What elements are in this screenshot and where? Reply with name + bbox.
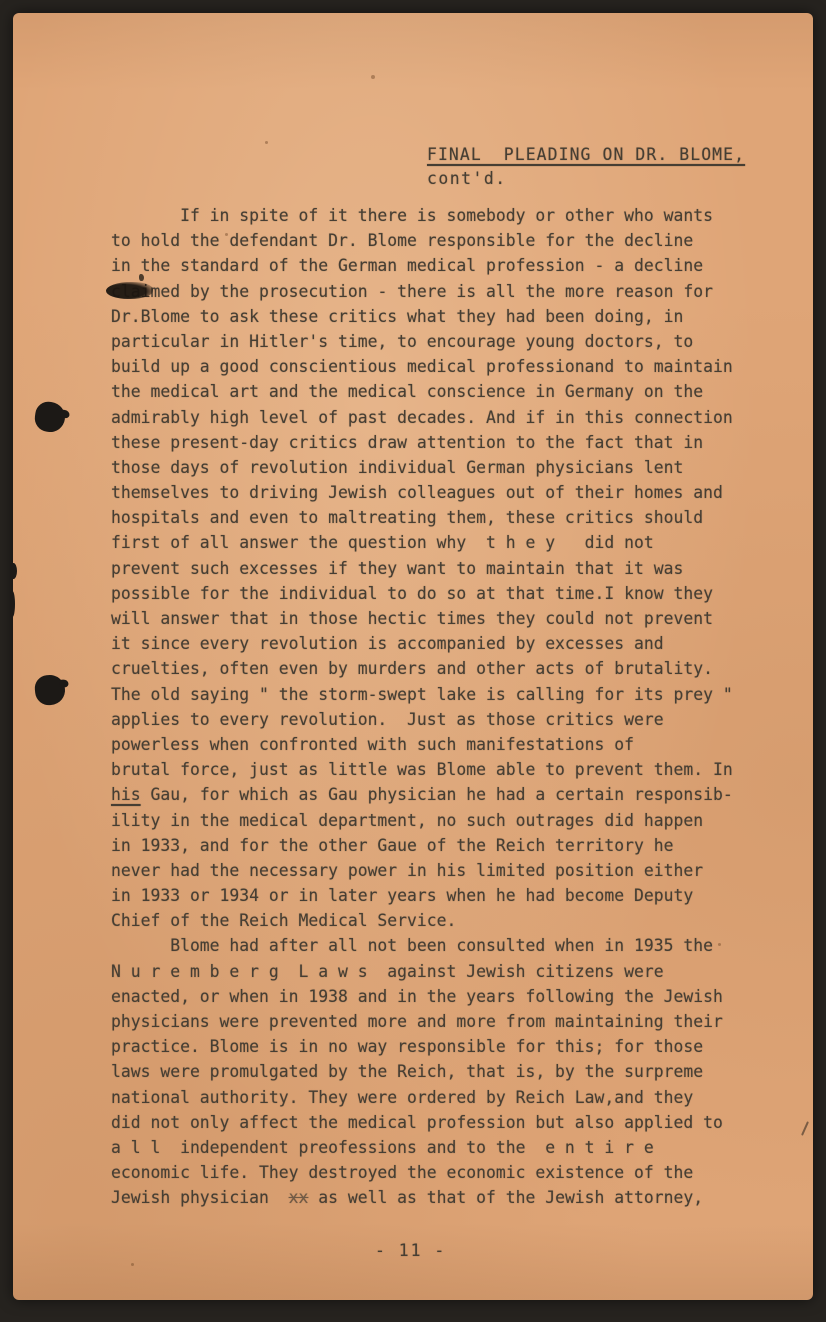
text-line: admirably high level of past decades. An… — [111, 405, 791, 430]
scan-background: { "header": { "title": "FINAL PLEADING O… — [0, 0, 826, 1322]
text-line: a l l independent preofessions and to th… — [111, 1135, 791, 1160]
text-line: If in spite of it there is somebody or o… — [111, 203, 791, 228]
text-line: enacted, or when in 1938 and in the year… — [111, 984, 791, 1009]
paper-speck — [131, 1263, 134, 1266]
page-number: - 11 - — [375, 1241, 446, 1260]
text-line: in 1933, and for the other Gaue of the R… — [111, 833, 791, 858]
text-line: N u r e m b e r g L a w s against Jewish… — [111, 959, 791, 984]
text-line: the medical art and the medical conscien… — [111, 379, 791, 404]
paper-speck — [371, 75, 375, 79]
text-line: first of all answer the question why t h… — [111, 530, 791, 555]
text-line: physicians were prevented more and more … — [111, 1009, 791, 1034]
text-line: hospitals and even to maltreating them, … — [111, 505, 791, 530]
document-body: If in spite of it there is somebody or o… — [111, 203, 791, 1211]
text-line: economic life. They destroyed the econom… — [111, 1160, 791, 1185]
scan-artifact-scratch — [801, 1121, 809, 1136]
struck-out-text: xx — [289, 1188, 309, 1207]
hole-punch-bottom — [34, 674, 67, 707]
text-line: did not only affect the medical professi… — [111, 1110, 791, 1135]
text-line: to hold the defendant Dr. Blome responsi… — [111, 228, 791, 253]
text-line: particular in Hitler's time, to encourag… — [111, 329, 791, 354]
text-line: it since every revolution is accompanied… — [111, 631, 791, 656]
text-line: prevent such excesses if they want to ma… — [111, 556, 791, 581]
text-line: brutal force, just as little was Blome a… — [111, 757, 791, 782]
text-line: his Gau, for which as Gau physician he h… — [111, 782, 791, 807]
document-title-contd: cont'd. — [427, 167, 745, 191]
text-line: ility in the medical department, no such… — [111, 808, 791, 833]
smudged-word: clai — [111, 282, 150, 301]
hole-punch-top — [33, 400, 67, 434]
underlined-word: his — [111, 785, 141, 804]
scan-artifact-edge-nick — [10, 563, 17, 579]
document-title: FINAL PLEADING ON DR. BLOME, — [427, 143, 745, 167]
text-line: Dr.Blome to ask these critics what they … — [111, 304, 791, 329]
text-line: will answer that in those hectic times t… — [111, 606, 791, 631]
text-line: these present-day critics draw attention… — [111, 430, 791, 455]
text-line: Blome had after all not been consulted w… — [111, 933, 791, 958]
text-line: applies to every revolution. Just as tho… — [111, 707, 791, 732]
text-line: practice. Blome is in no way responsible… — [111, 1034, 791, 1059]
document-header: FINAL PLEADING ON DR. BLOME, cont'd. — [427, 143, 745, 191]
text-line: themselves to driving Jewish colleagues … — [111, 480, 791, 505]
document-page: FINAL PLEADING ON DR. BLOME, cont'd. If … — [13, 13, 813, 1300]
scan-artifact-edge-nick — [10, 591, 15, 617]
text-line: claimed by the prosecution - there is al… — [111, 279, 791, 304]
text-line: those days of revolution individual Germ… — [111, 455, 791, 480]
text-line: powerless when confronted with such mani… — [111, 732, 791, 757]
text-line: in 1933 or 1934 or in later years when h… — [111, 883, 791, 908]
text-line: possible for the individual to do so at … — [111, 581, 791, 606]
text-line: Jewish physician xx as well as that of t… — [111, 1185, 791, 1210]
text-line: Chief of the Reich Medical Service. — [111, 908, 791, 933]
text-line: never had the necessary power in his lim… — [111, 858, 791, 883]
text-line: in the standard of the German medical pr… — [111, 253, 791, 278]
text-line: national authority. They were ordered by… — [111, 1085, 791, 1110]
text-line: build up a good conscientious medical pr… — [111, 354, 791, 379]
text-line: laws were promulgated by the Reich, that… — [111, 1059, 791, 1084]
text-line: The old saying " the storm-swept lake is… — [111, 682, 791, 707]
paper-speck — [265, 141, 268, 144]
text-line: cruelties, often even by murders and oth… — [111, 656, 791, 681]
